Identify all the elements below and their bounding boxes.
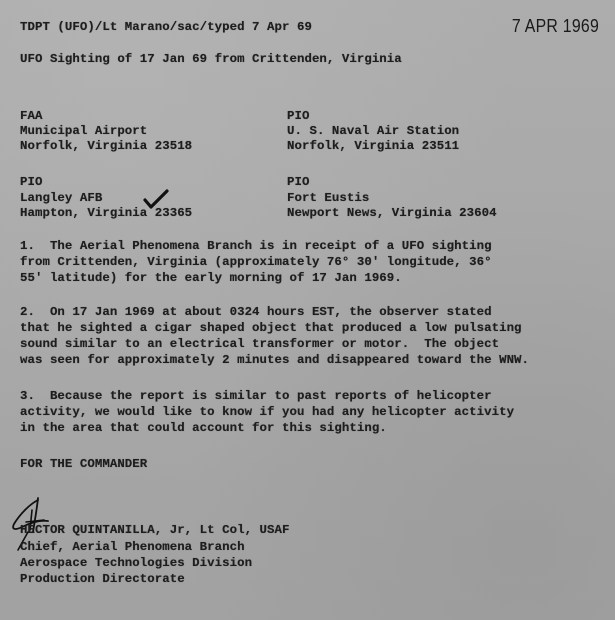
routing-line: TDPT (UFO)/Lt Marano/sac/typed 7 Apr 69	[20, 20, 312, 34]
addressee-line: Newport News, Virginia 23604	[287, 206, 497, 220]
paragraph-line: sound similar to an electrical transform…	[20, 337, 529, 351]
checkmark-icon	[143, 188, 169, 210]
signer-division: Aerospace Technologies Division	[20, 556, 252, 570]
addressee-line: Norfolk, Virginia 23518	[20, 139, 192, 153]
addressee-line: PIO	[287, 109, 309, 123]
paragraph-1: 1. The Aerial Phenomena Branch is in rec…	[20, 239, 492, 285]
addressee-line: Langley AFB	[20, 191, 102, 205]
addressee-line: Norfolk, Virginia 23511	[287, 139, 459, 153]
paragraph-line: that he sighted a cigar shaped object th…	[20, 321, 529, 335]
addressee-line: Municipal Airport	[20, 124, 147, 138]
paragraph-line: activity, we would like to know if you h…	[20, 405, 514, 419]
paragraph-line: 2. On 17 Jan 1969 at about 0324 hours ES…	[20, 305, 529, 319]
signer-directorate: Production Directorate	[20, 572, 185, 586]
closing-line: FOR THE COMMANDER	[20, 457, 147, 471]
addressee-line: FAA	[20, 109, 42, 123]
addressee-line: PIO	[287, 175, 309, 189]
addressee-line: PIO	[20, 175, 42, 189]
subject-line: UFO Sighting of 17 Jan 69 from Crittende…	[20, 52, 402, 66]
paragraph-line: 55' latitude) for the early morning of 1…	[20, 271, 492, 285]
paragraph-line: in the area that could account for this …	[20, 421, 514, 435]
paragraph-line: from Crittenden, Virginia (approximately…	[20, 255, 492, 269]
addressee-line: U. S. Naval Air Station	[287, 124, 459, 138]
paragraph-line: 1. The Aerial Phenomena Branch is in rec…	[20, 239, 492, 253]
paragraph-3: 3. Because the report is similar to past…	[20, 389, 514, 435]
paragraph-2: 2. On 17 Jan 1969 at about 0324 hours ES…	[20, 305, 529, 367]
signer-name: HECTOR QUINTANILLA, Jr, Lt Col, USAF	[20, 523, 289, 537]
signer-title: Chief, Aerial Phenomena Branch	[20, 540, 245, 554]
addressee-line: Fort Eustis	[287, 191, 369, 205]
paragraph-line: 3. Because the report is similar to past…	[20, 389, 514, 403]
date-stamp: 7 APR 1969	[512, 16, 599, 37]
paragraph-line: was seen for approximately 2 minutes and…	[20, 353, 529, 367]
